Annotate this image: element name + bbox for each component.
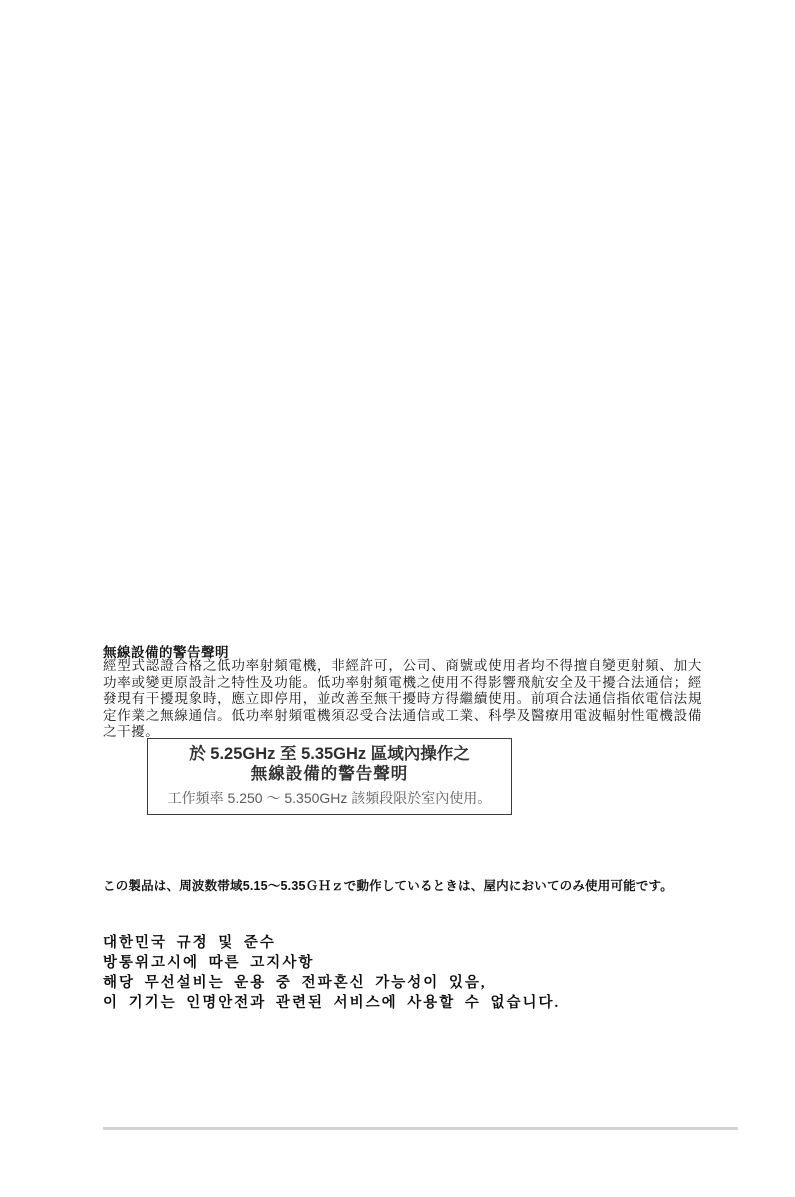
- frequency-warning-box-line1: 於 5.25GHz 至 5.35GHz 區域內操作之: [189, 744, 470, 764]
- zh-warning-paragraph: 經型式認證合格之低功率射頻電機，非經許可，公司、商號或使用者均不得擅自變更射頻、…: [103, 658, 702, 741]
- frequency-warning-box: 於 5.25GHz 至 5.35GHz 區域內操作之 無線設備的警告聲明 工作頻…: [147, 738, 512, 815]
- ko-kcc-notice-line1: 대한민국 규정 및 준수: [103, 933, 560, 953]
- ko-kcc-notice-line4: 이 기기는 인명안전과 관련된 서비스에 사용할 수 없습니다.: [103, 993, 560, 1013]
- ko-kcc-notice-line3: 해당 무선설비는 운용 중 전파혼신 가능성이 있음,: [103, 973, 560, 993]
- footer-divider: [103, 1127, 738, 1130]
- ja-indoor-use-notice: この製品は、周波数帯域5.15～5.35ＧＨｚで動作しているときは、屋内において…: [103, 878, 743, 894]
- ko-kcc-notice-line2: 방통위고시에 따른 고지사항: [103, 953, 560, 973]
- frequency-warning-box-indoor-note: 工作頻率 5.250 ～ 5.350GHz 該頻段限於室內使用。: [168, 789, 492, 808]
- ko-kcc-notice: 대한민국 규정 및 준수 방통위고시에 따른 고지사항 해당 무선설비는 운용 …: [103, 933, 560, 1013]
- frequency-warning-box-title: 無線設備的警告聲明: [251, 764, 409, 784]
- manual-page: 無線設備的警告聲明 經型式認證合格之低功率射頻電機，非經許可，公司、商號或使用者…: [0, 0, 795, 1197]
